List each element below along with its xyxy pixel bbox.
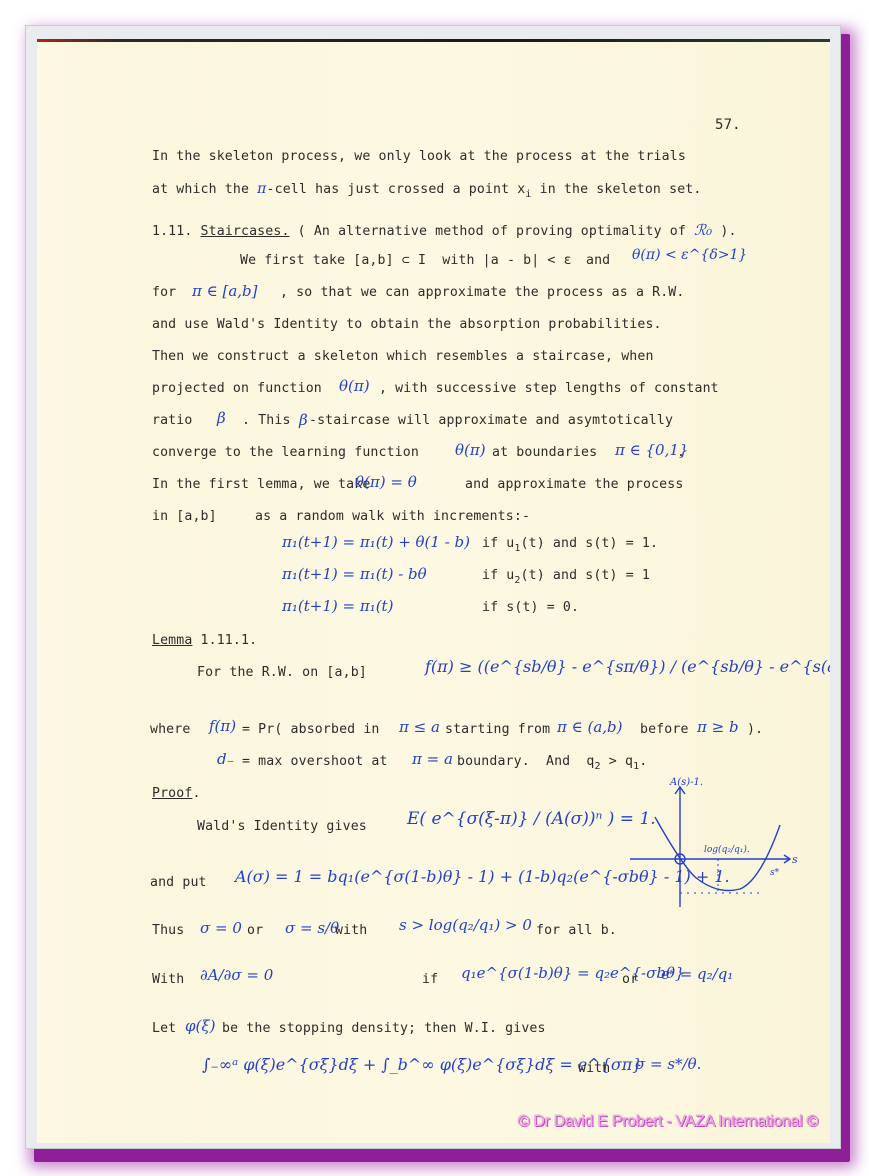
text-line: boundary. And q2 > q1. [457,754,647,772]
handwritten-beta: β [217,409,226,427]
handwritten-math: θ(π) < ε^{δ>1} [632,247,747,263]
text-line: or [622,972,638,987]
copyright-watermark: © Dr David E Probert - VAZA Internationa… [518,1113,818,1131]
handwritten-math: eˢ = q₂/q₁ [661,965,733,983]
text-line: -staircase will approximate and asymtoti… [309,413,673,428]
text-line: Then we construct a skeleton which resem… [152,349,654,364]
text-line: and put [150,875,207,890]
text-line: Wald's Identity gives [197,819,367,834]
text-line: if [422,972,438,987]
text-line: With [152,972,184,987]
handwritten-math: θ(π) [339,377,370,395]
increment-condition: if u2(t) and s(t) = 1 [482,568,650,586]
text-line: in [a,b] [152,509,217,524]
handwritten-math: f(π) [209,717,236,735]
handwritten-math: ∂A/∂σ = 0 [200,966,273,984]
text-line: converge to the learning function [152,445,419,460]
handwritten-math: σ = s*/θ. [635,1055,701,1073]
text-line: with [335,923,367,938]
page-number: 57. [715,117,741,133]
text-line: , so that we can approximate the process… [280,285,684,300]
text-line: and [586,253,610,268]
text-line: We first take [a,b] ⊂ I with |a - b| < ε [240,253,572,268]
increment-formula: π₁(t+1) = π₁(t) + θ(1 - b) [282,533,470,551]
wald-formula: E( e^{σ(ξ-π)} / (A(σ))ⁿ ) = 1. [407,809,656,829]
text-line: . This [242,413,291,428]
handwritten-math: π ∈ [a,b] [192,282,258,300]
handwritten-math: σ = s/θ [285,919,339,937]
text-line: with [578,1061,610,1076]
text-line: = Pr( absorbed in [242,722,380,737]
text-line: starting from [445,722,550,737]
increment-condition: if u1(t) and s(t) = 1. [482,536,658,554]
text-line: ). [747,722,763,737]
handwritten-math: σ = 0 [200,919,242,937]
handwritten-pi: π [257,181,266,197]
text-line: or [247,923,263,938]
handwritten-math: π = a [412,750,453,768]
text-line: projected on function [152,381,322,396]
handwritten-math: π ∈ (a,b) [557,718,623,736]
handwritten-math: s > log(q₂/q₁) > 0 [399,916,532,934]
text-line: Let [152,1021,176,1036]
graph-root-label: s* [770,868,780,878]
handwritten-math: d₋ [217,750,235,768]
text-line: be the stopping density; then W.I. gives [222,1021,546,1036]
handwritten-math: θ(π) [455,441,486,459]
text-line: In the first lemma, we take [152,477,370,492]
handwritten-math: q₁e^{σ(1-b)θ} = q₂e^{-σbθ} [461,964,685,982]
text-line: In the skeleton process, we only look at… [152,149,686,164]
manuscript-page: 57. In the skeleton process, we only loo… [37,39,830,1143]
increment-formula: π₁(t+1) = π₁(t) - bθ [282,565,427,583]
text-line: For the R.W. on [a,b] [197,665,367,680]
increment-condition: if s(t) = 0. [482,600,579,615]
handwritten-math: θ(π) = θ [355,473,417,491]
graph-y-label: A(s)-1. [669,777,703,788]
text-line: and use Wald's Identity to obtain the ab… [152,317,662,332]
text-line: before [640,722,689,737]
text-line: where [150,722,190,737]
graph-x-label: s [792,853,798,866]
text-line: and approximate the process [465,477,683,492]
handwritten-math: φ(ξ) [185,1017,215,1035]
handwritten-math: π ≤ a [399,718,440,736]
sketch-graph-a-s: A(s)-1. s log(q₂/q₁). s* [620,777,800,917]
proof-heading: Proof. [152,786,201,801]
paper-top-edge [37,39,830,42]
graph-min-label: log(q₂/q₁). [704,844,750,855]
text-line: at boundaries [492,445,597,460]
text-line: . [677,445,685,460]
handwritten-beta: β [299,411,308,429]
lemma-heading: Lemma 1.11.1. [152,633,257,648]
increment-formula: π₁(t+1) = π₁(t) [282,597,393,615]
handwritten-math: π ≥ b [697,718,739,736]
text-line: = max overshoot at [242,754,388,769]
text-line: Thus [152,923,184,938]
text-line: ratio [152,413,192,428]
lemma-formula: f(π) ≥ ((e^{sb/θ} - e^{sπ/θ}) / (e^{sb/θ… [425,657,830,676]
text-line: as a random walk with increments:- [255,509,530,524]
text-line: for all b. [536,923,617,938]
text-line: , with successive step lengths of consta… [379,381,719,396]
section-heading: 1.11. Staircases. ( An alternative metho… [152,221,737,239]
text-line: at which the π-cell has just crossed a p… [152,181,701,200]
text-line: for [152,285,176,300]
integral-formula: ∫₋∞ᵃ φ(ξ)e^{σξ}dξ + ∫_b^∞ φ(ξ)e^{σξ}dξ =… [202,1055,642,1074]
